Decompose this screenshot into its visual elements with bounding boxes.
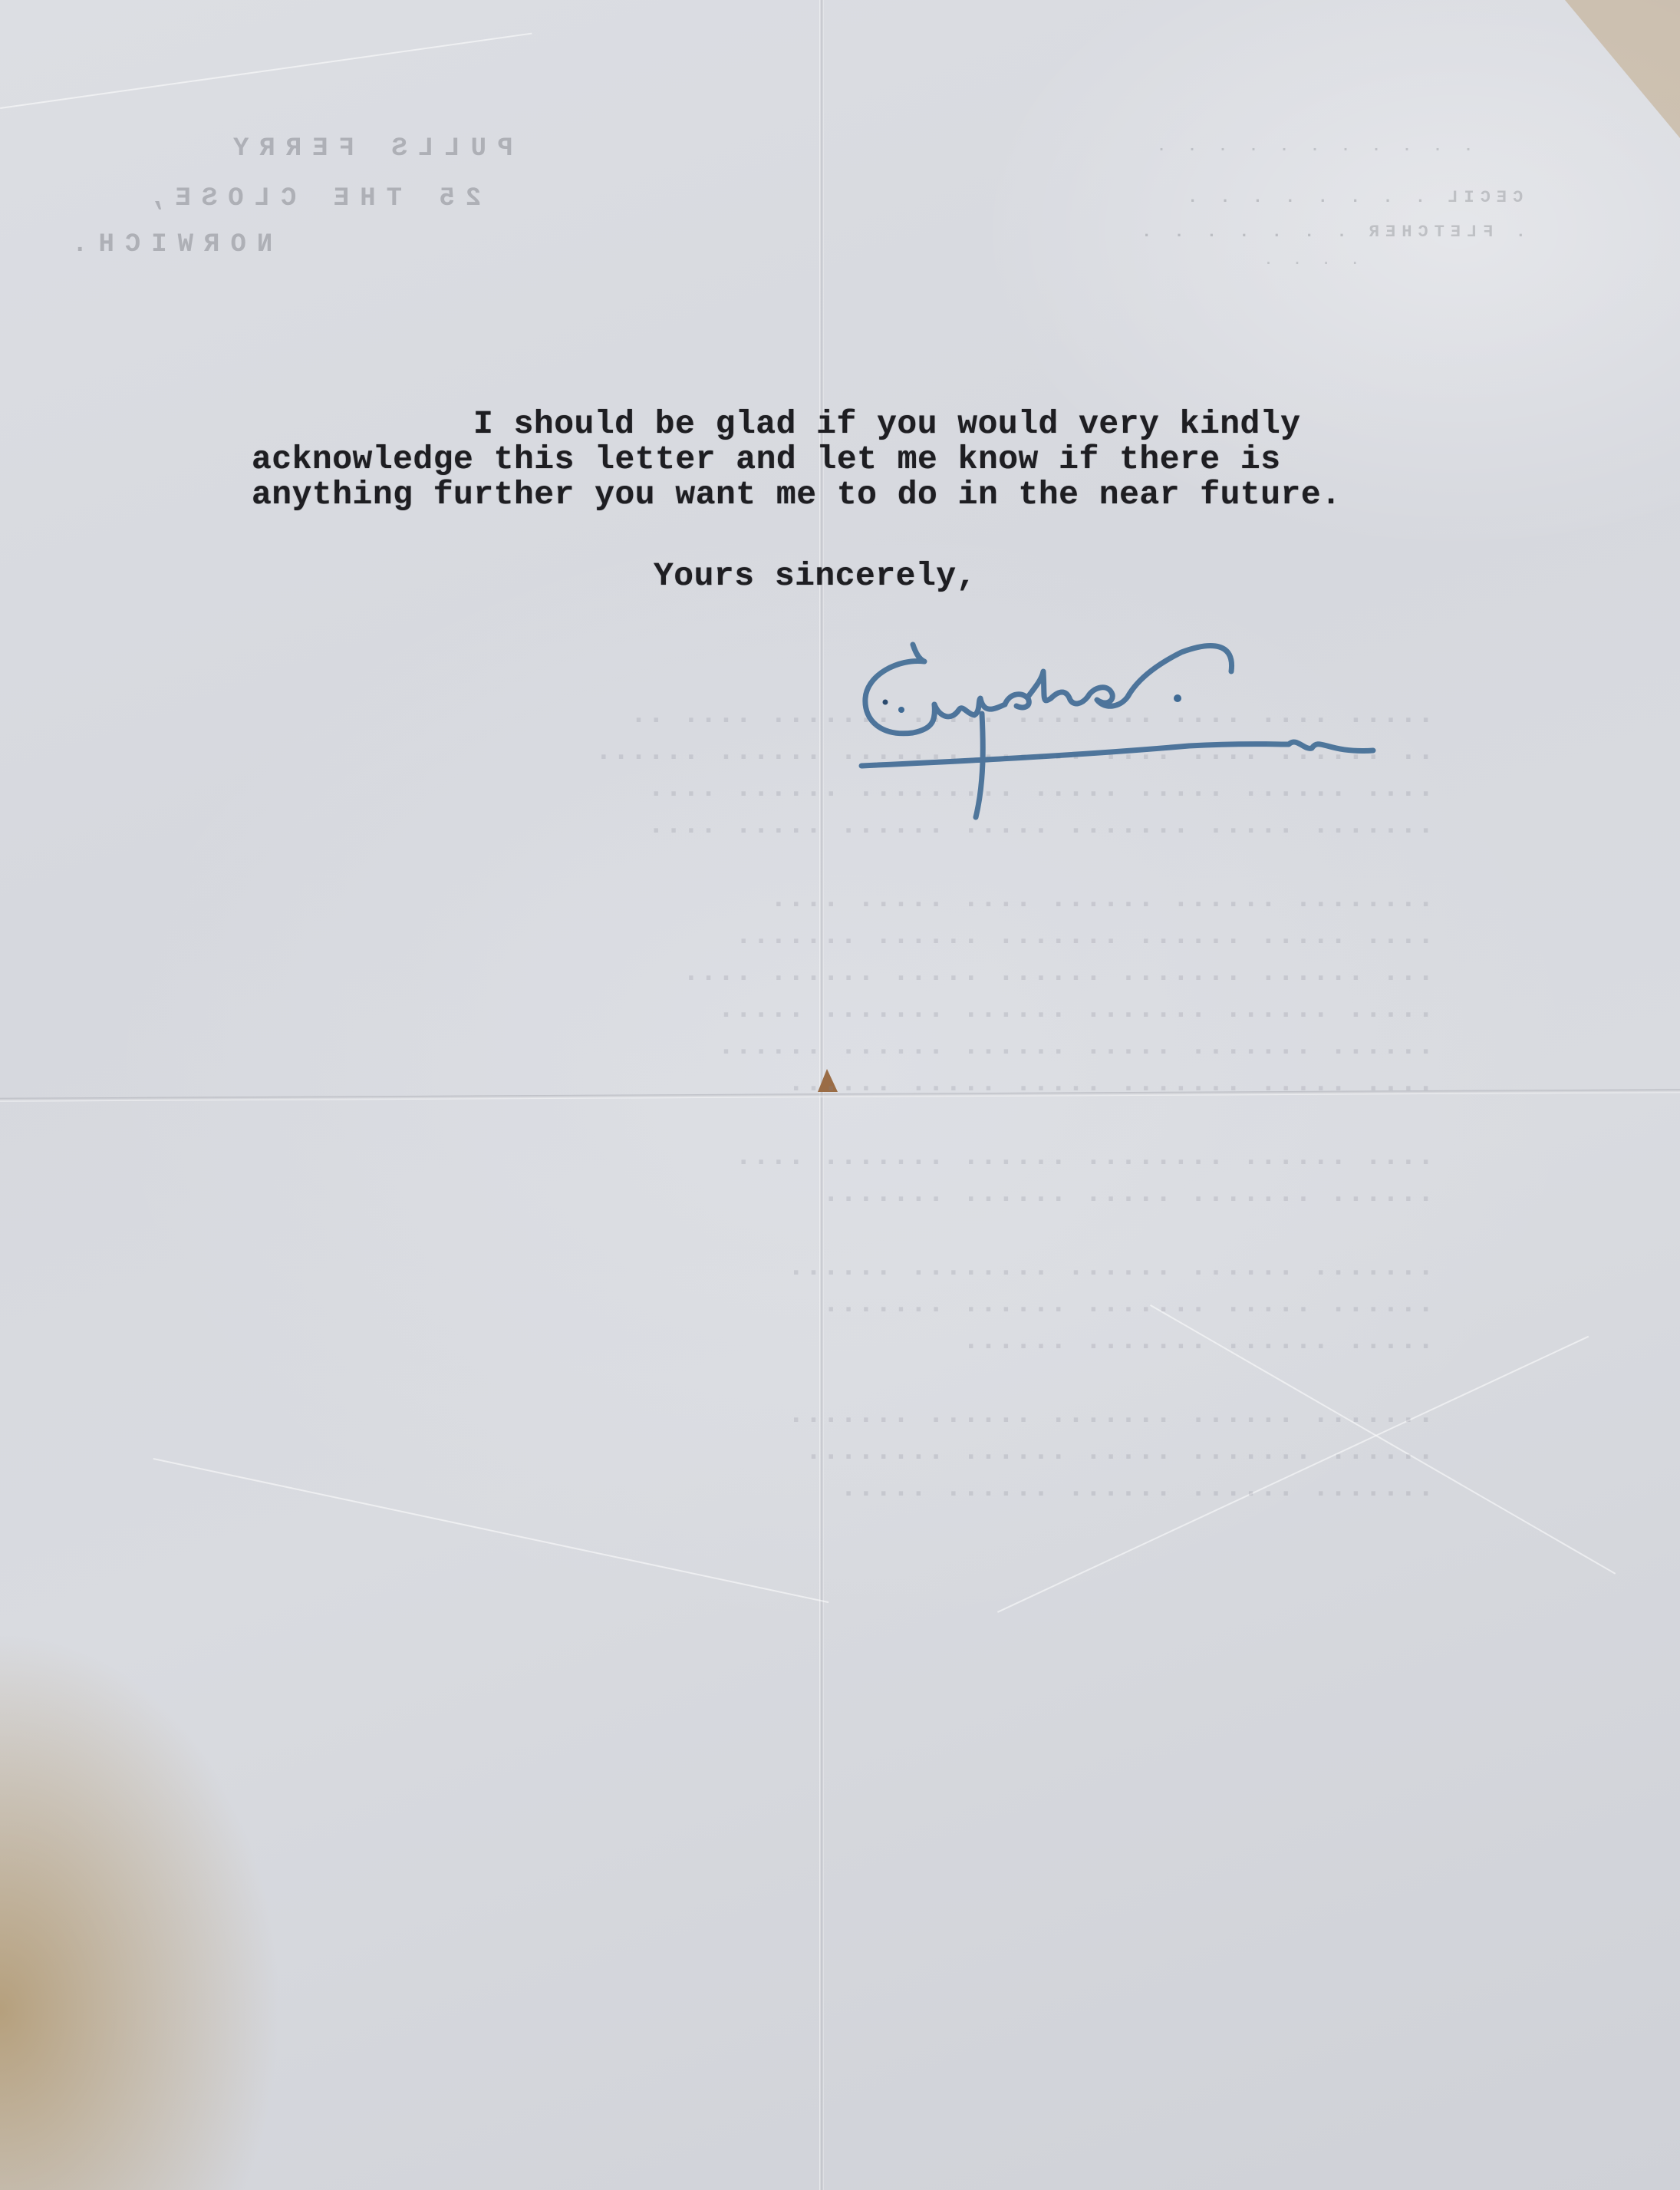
showthrough-header-left-line2: 25 THE CLOSE, (138, 184, 481, 213)
body-line-1: I should be glad if you would very kindl… (473, 405, 1300, 443)
paper-crease (0, 33, 532, 109)
handwritten-signature (844, 614, 1396, 829)
showthrough-header-left-line1: PULLS FERRY (222, 134, 512, 163)
body-line-2: acknowledge this letter and let me know … (252, 440, 1281, 478)
closing-yours-sincerely: Yours sincerely, (654, 557, 977, 595)
showthrough-header-right-line2: CECIL . . . . . . . . (1181, 188, 1523, 207)
body-line-3: anything further you want me to do in th… (252, 476, 1341, 513)
showthrough-header-left-line3: NORWICH. (61, 230, 272, 259)
showthrough-header-right-line1: . . . . . . . . . . . (1151, 138, 1473, 156)
showthrough-header-right-line3: . FLETCHER . . . . . . . (1135, 223, 1526, 242)
reverse-side-showthrough: ..... .... .... ........ ..... ....... .… (130, 660, 1435, 2041)
folded-corner (1565, 0, 1680, 138)
letter-paper: PULLS FERRY 25 THE CLOSE, NORWICH. . . .… (0, 0, 1680, 2190)
showthrough-header-right-line4: . . . . (1258, 253, 1359, 269)
